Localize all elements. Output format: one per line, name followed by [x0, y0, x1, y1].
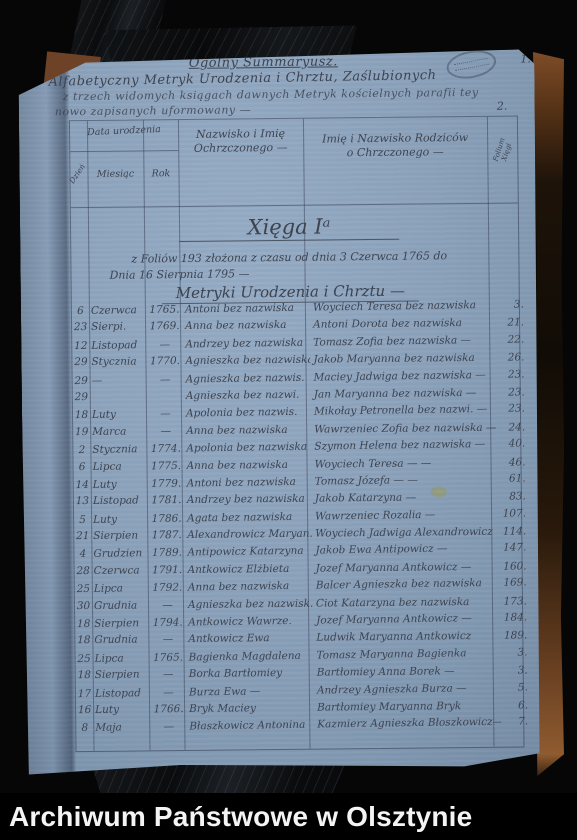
cell-folio-number: 83. [499, 489, 526, 507]
cell-month: Czerwca [92, 562, 150, 580]
cell-year: — [151, 719, 186, 737]
cell-year: 1765. [147, 302, 182, 320]
cell-folio-number: 40. [498, 436, 525, 454]
cell-parents-names: Balcer Agnieszka bez nazwiska [313, 575, 500, 595]
cell-parents-names: Andrzey Agnieszka Burza — [314, 679, 501, 699]
entries: 6 Czerwca 1765. Antoni bez nazwiska Woyc… [72, 297, 524, 736]
folio-mark-1: 1. [520, 52, 531, 65]
cell-day: 5 [74, 512, 91, 530]
cell-child-name: Agnieszka bez nazwiska [182, 352, 310, 371]
cell-day: 12 [72, 338, 89, 356]
cell-folio-number: 23. [497, 366, 524, 384]
cell-month: Listopad [93, 685, 151, 703]
cell-day: 21 [74, 528, 91, 546]
column-header-folio: Folium Xięgi [489, 129, 517, 172]
cell-parents-names: Tomasz Maryanna Bagienka [313, 645, 500, 665]
cell-year: 1789. [149, 545, 184, 563]
cell-day: 29 [73, 389, 90, 407]
cell-year: 1787. [149, 527, 184, 545]
page-subtitle-line: nowo zapisanych uformowany — [55, 103, 251, 118]
column-header-child: Nazwisko i Imię Ochrzczonego — [178, 127, 303, 157]
cell-month: Sierpien [92, 615, 150, 633]
cell-folio-number: 21. [497, 315, 524, 333]
cell-day: 23 [72, 319, 89, 337]
cell-month: Luty [90, 406, 148, 424]
cell-parents-names: Jozef Maryanna Antkowicz — [313, 610, 500, 630]
cell-child-name: Agnieszka bez nazwis. [183, 369, 311, 388]
column-header-parents: Imię i Nazwisko Rodziców o Chrzczonego — [303, 131, 487, 162]
cell-parents-names: Woyciech Teresa bez nazwiska [310, 297, 497, 317]
cell-year: — [148, 371, 183, 389]
cell-year: 1791. [150, 562, 185, 580]
cell-year: — [148, 423, 183, 441]
cell-child-name: Andrzey bez nazwiska [184, 491, 312, 510]
cell-month: Grudnia [92, 597, 150, 615]
cell-month: Grudzien [91, 545, 149, 563]
cell-month: Stycznia [89, 354, 147, 372]
cell-day: 6 [72, 303, 89, 321]
cell-year: 1786. [149, 510, 184, 528]
cell-child-name: Bryk Maciey [186, 700, 314, 719]
cell-child-name: Anna bez nazwiska [183, 421, 311, 440]
cell-folio-number: 184. [500, 609, 527, 627]
folio-mark-2: 2. [497, 100, 508, 113]
cell-year: 1765. [150, 649, 185, 667]
cell-folio-number: 189. [500, 628, 527, 646]
cell-folio-number: 160. [500, 558, 527, 576]
cell-day: 18 [73, 407, 90, 425]
cell-month [90, 388, 148, 406]
cell-parents-names: Kazmierz Agnieszka Błoszkowicz— [314, 714, 501, 734]
cell-day: 16 [76, 702, 93, 720]
cell-day: 6 [73, 459, 90, 477]
cell-child-name: Błaszkowicz Antonina [186, 717, 314, 736]
cell-folio-number: 46. [498, 454, 525, 472]
cell-folio-number: 26. [497, 350, 524, 368]
cell-child-name: Agnieszka bez nazwisk. [185, 595, 313, 614]
cell-month: Grudnia [92, 632, 150, 650]
cell-month: — [90, 372, 148, 390]
cell-folio-number: 169. [500, 575, 527, 593]
archive-caption-text: Archiwum Państwowe w Olsztynie [0, 801, 472, 833]
cell-child-name: Antkowicz Ewa [185, 630, 313, 649]
cell-child-name: Borka Bartłomiey [186, 665, 314, 684]
column-header-year: Rok [143, 168, 178, 181]
cell-day: 19 [73, 424, 90, 442]
cell-day: 8 [76, 720, 93, 738]
cell-parents-names: Tomasz Józefa — — [312, 471, 499, 491]
cell-folio-number: 107. [499, 505, 526, 523]
cell-year: — [151, 666, 186, 684]
cell-year [148, 388, 183, 406]
cell-day: 25 [75, 651, 92, 669]
table-grid-line [71, 202, 518, 208]
cell-month: Listopad [91, 493, 149, 511]
cell-year: 1774. [148, 441, 183, 459]
cell-parents-names: Tomasz Zofia bez nazwiska — [310, 332, 497, 352]
cell-parents-names: Szymon Helena bez nazwiska — [311, 436, 498, 456]
cell-month: Luty [91, 511, 149, 529]
cell-year: 1769. [147, 318, 182, 336]
cell-day: 30 [75, 598, 92, 616]
cell-day: 28 [75, 563, 92, 581]
cell-child-name: Antoni bez nazwiska [184, 474, 312, 493]
book-section-range-line1: z Foliów 193 złożona z czasu od dnia 3 C… [131, 249, 447, 265]
cell-year: — [147, 336, 182, 354]
cell-year: — [148, 406, 183, 424]
cell-child-name: Antkowicz Elżbieta [185, 561, 313, 580]
cell-parents-names: Jakob Ewa Antipowicz — [312, 540, 499, 560]
cell-month: Czerwca [89, 302, 147, 320]
cell-folio-number: 173. [500, 593, 527, 611]
cell-child-name: Anna bez nazwiska [182, 317, 310, 336]
cell-child-name: Antipowicz Katarzyna [184, 543, 312, 562]
register-table: Data urodzenia Dzień Miesiąc Rok Nazwisk… [69, 115, 525, 752]
cell-month: Lipca [92, 580, 150, 598]
cell-day: 2 [73, 442, 90, 460]
column-header-parents-line1: Imię i Nazwisko Rodziców [322, 131, 468, 146]
page-subtitle-line: z trzech widomych ksiągach dawnych Metry… [63, 86, 479, 103]
cell-month: Sierpien [91, 527, 149, 545]
column-header-child-line1: Nazwisko i Imię [196, 127, 285, 141]
cell-year: 1792. [150, 580, 185, 598]
book-section-range-line2: Dnia 16 Sierpnia 1795 — [109, 267, 249, 281]
cell-child-name: Alexandrowicz Maryan. [184, 526, 312, 545]
cell-folio-number: 147. [499, 540, 526, 558]
cell-year: — [151, 684, 186, 702]
cell-month: Luty [91, 476, 149, 494]
column-header-month: Miesiąc [87, 168, 143, 181]
cell-folio-number: 22. [497, 331, 524, 349]
photo-stage: Ogólny Summaryusz. Alfabetyczny Metryk U… [0, 0, 577, 840]
cell-month: Marca [90, 423, 148, 441]
cell-child-name: Burza Ewa — [186, 682, 314, 701]
cell-year: 1775. [148, 458, 183, 476]
cell-year: 1766. [151, 701, 186, 719]
cell-day: 18 [75, 632, 92, 650]
cell-child-name: Apolonia bez nazwiska [183, 439, 311, 458]
cell-month: Stycznia [90, 441, 148, 459]
cell-child-name: Andrzey bez nazwiska [182, 334, 310, 353]
cell-parents-names: Maciey Jadwiga bez nazwiska — [311, 366, 498, 386]
cell-year: — [150, 597, 185, 615]
cell-parents-names: Mikołay Petronella bez nazwi. — [311, 401, 498, 421]
cell-month: Sierpien [93, 667, 151, 685]
cell-folio-number: 24. [498, 419, 525, 437]
cell-folio-number: 3. [501, 663, 528, 681]
cell-year: 1781. [149, 492, 184, 510]
cell-day: 29 [73, 372, 90, 390]
cell-child-name: Apolonia bez nazwis. [183, 404, 311, 423]
cell-day: 4 [74, 546, 91, 564]
cell-folio-number: 3. [500, 644, 527, 662]
cell-year: 1794. [150, 615, 185, 633]
table-grid-line [70, 150, 178, 152]
column-header-parents-line2: o Chrzczonego — [347, 146, 444, 160]
cell-month: Luty [93, 701, 151, 719]
cell-day: 13 [74, 493, 91, 511]
cell-day: 29 [72, 354, 89, 372]
cell-year: 1779. [149, 475, 184, 493]
cell-folio-number: 5. [501, 679, 528, 697]
cell-year: — [150, 631, 185, 649]
cell-day: 25 [75, 581, 92, 599]
cell-folio-number: 23. [498, 384, 525, 402]
cell-folio-number: 6. [501, 697, 528, 715]
cell-month: Sierpi. [89, 319, 147, 337]
cell-folio-number: 7. [501, 714, 528, 732]
cell-month: Maja [93, 719, 151, 737]
cell-month: Lipca [92, 650, 150, 668]
cell-day: 18 [76, 667, 93, 685]
cell-child-name: Agnieszka bez nazwi. [183, 387, 311, 406]
cell-folio-number: 3. [497, 296, 524, 314]
cell-day: 14 [74, 477, 91, 495]
cell-day: 18 [75, 616, 92, 634]
book-section-title: Xięga Iᵃ [179, 214, 399, 242]
archive-caption-bar: Archiwum Państwowe w Olsztynie [0, 793, 577, 840]
column-header-child-line2: Ochrzczonego — [194, 141, 288, 155]
cell-parents-names: Wawrzeniec Rozalia — [312, 506, 499, 526]
cell-folio-number: 23. [498, 401, 525, 419]
cell-child-name: Antoni bez nazwiska [182, 300, 310, 319]
cell-child-name: Anna bez nazwiska [183, 456, 311, 475]
cell-child-name: Anna bez nazwiska [185, 578, 313, 597]
cell-child-name: Agata bez nazwiska [184, 508, 312, 527]
register-page: Ogólny Summaryusz. Alfabetyczny Metryk U… [18, 49, 542, 776]
cell-year: 1770. [147, 353, 182, 371]
cell-month: Lipca [90, 458, 148, 476]
cell-child-name: Bagienka Magdalena [185, 647, 313, 666]
cell-folio-number: 61. [499, 470, 526, 488]
cell-child-name: Antkowicz Wawrze. [185, 613, 313, 632]
cell-month: Listopad [89, 337, 147, 355]
cell-day: 17 [76, 685, 93, 703]
